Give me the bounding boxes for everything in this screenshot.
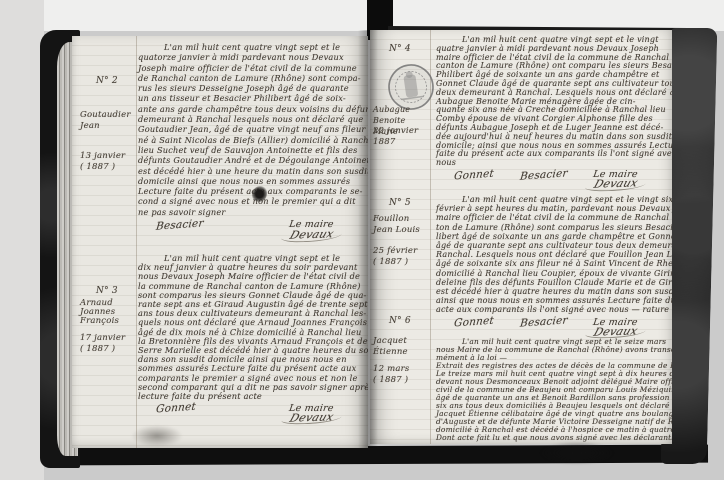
handwritten-line: domicilié à Ranchal lieu Coupier, époux …: [436, 269, 671, 278]
act-body: L'an mil huit cent quatre vingt sept et …: [138, 254, 367, 401]
deceased-name-margin: GoutaudierJean: [80, 110, 138, 132]
margin-name-line: Jacquet: [373, 336, 431, 347]
death-act-transcription: L'an mil huit cent quatre vingt sept et …: [436, 338, 671, 442]
handwritten-line: acte aux comparants ils l'ont signé avec…: [436, 305, 671, 314]
signature-row: GonnetBesacier Le maire Devaux: [436, 168, 671, 191]
margin-date-line: 12 mars: [373, 364, 431, 375]
handwritten-line: février à sept heures du matin, pardevan…: [436, 204, 671, 213]
handwritten-line: quatorze janvier à midi pardevant nous D…: [138, 52, 367, 62]
signature: Besacier: [519, 316, 568, 329]
margin-name-line: François: [80, 317, 138, 326]
signature: Gonnet: [454, 316, 495, 328]
margin-name-line: Fouillon: [373, 214, 431, 225]
death-act: L'an mil huit cent quatre vingt sept et …: [138, 42, 367, 243]
mayor-signature: Devaux: [280, 229, 343, 243]
scan-background-left: [0, 0, 44, 480]
margin-date-line: 13 janvier: [80, 151, 138, 162]
declarant-signatures: GonnetBesacier: [454, 171, 568, 180]
death-act: L'an mil huit cent quatre vingt sept et …: [436, 36, 671, 191]
handwritten-line: lieu Suchet veuf de Sauvajon Antoinette …: [138, 145, 367, 155]
handwritten-line: maire officier de l'état civil de la com…: [436, 213, 671, 222]
smudge-stain: [530, 438, 624, 468]
handwritten-line: est décédé hier à quatre heures du matin…: [436, 287, 671, 296]
mayor-signature: Devaux: [280, 412, 343, 425]
act-number: N° 5: [373, 198, 431, 208]
act-number-margin: N° 4: [373, 44, 431, 54]
act-body: L'an mil huit cent quatre vingt sept et …: [436, 195, 671, 315]
act-date-margin: 17 janvier( 1887 ): [80, 333, 138, 355]
margin-date-line: 25 février: [373, 246, 431, 257]
margin-date-line: 22 janvier: [373, 126, 431, 137]
scan-background-top: [0, 0, 724, 31]
margin-date-line: ( 1887 ): [373, 375, 431, 386]
mayor-signature: Devaux: [584, 179, 647, 192]
handwritten-line: L'an mil huit cent quatre vingt sept et …: [138, 42, 367, 52]
margin-date-line: 17 janvier: [80, 333, 138, 344]
death-act: L'an mil huit cent quatre vingt sept et …: [138, 254, 367, 425]
act-body: L'an mil huit cent quatre vingt sept et …: [436, 338, 671, 442]
register-left-page: N° 2 GoutaudierJean 13 janvier( 1887 ) N…: [72, 36, 368, 448]
signature: Gonnet: [454, 170, 495, 182]
declarant-signatures: Besacier: [156, 220, 204, 230]
act-number: N° 2: [80, 76, 138, 86]
act-number-margin: N° 5: [373, 198, 431, 208]
mayor-signature-block: Le maire Devaux: [586, 318, 645, 338]
act-date-margin: 12 mars( 1887 ): [373, 364, 431, 386]
act-body: L'an mil huit cent quatre vingt sept et …: [436, 36, 671, 168]
handwritten-line: demeurant à Ranchal lesquels nous ont dé…: [138, 114, 367, 124]
handwritten-line: Joseph maire officier de l'état civil de…: [138, 63, 367, 73]
handwritten-line: domicile ainsi que nous nous en sommes a…: [138, 176, 367, 186]
handwritten-line: né à Saint Nicolas de Biefs (Allier) dom…: [138, 135, 367, 145]
margin-name-line: Étienne: [373, 347, 431, 358]
handwritten-line: un ans tisseur et Besacier Philibert âgé…: [138, 93, 367, 103]
margin-name-line: Jean: [80, 121, 138, 132]
book-gutter-shadow: [358, 30, 378, 448]
signature: Besacier: [519, 169, 567, 181]
handwritten-line: lecture faite du présent acte: [138, 392, 367, 401]
deceased-name-margin: JacquetÉtienne: [373, 336, 431, 358]
handwritten-line: de Ranchal canton de Lamure (Rhône) sont…: [138, 73, 367, 83]
mayor-signature-block: Le maire Devaux: [282, 220, 341, 243]
handwritten-line: défunts Goutaudier André et de Dégoulang…: [138, 155, 367, 165]
signature-row: GonnetBesacier Le maire Devaux: [436, 315, 671, 338]
margin-date-line: ( 1887 ): [80, 344, 138, 355]
margin-date-line: 1887: [373, 137, 431, 148]
handwritten-line: deleine fils des défunts Fouillon Claude…: [436, 278, 671, 287]
margin-name-line: Goutaudier: [80, 110, 138, 121]
handwritten-line: âgé de soixante six ans fileur né à Sain…: [436, 259, 671, 268]
handwritten-line: ainsi que nous nous en sommes assurés Le…: [436, 296, 671, 305]
handwritten-line: libert âgé de soixante un ans garde cham…: [436, 232, 671, 241]
handwritten-line: L'an mil huit cent quatre vingt sept et …: [436, 195, 671, 204]
handwritten-line: ne pas savoir signer: [138, 207, 367, 217]
declarant-signatures: GonnetBesacier: [454, 318, 568, 327]
act-number-margin: N° 3: [80, 286, 138, 296]
act-number-margin: N° 6: [373, 316, 431, 326]
death-act: L'an mil huit cent quatre vingt sept et …: [436, 195, 671, 338]
smudge-stain: [124, 422, 190, 450]
mayor-signature-block: Le maire Devaux: [282, 404, 341, 424]
act-date-margin: 22 janvier1887: [373, 126, 431, 148]
act-date-margin: 13 janvier( 1887 ): [80, 151, 138, 173]
act-number: N° 6: [373, 316, 431, 326]
act-date-margin: 25 février( 1887 ): [373, 246, 431, 268]
signature: Gonnet: [156, 403, 197, 415]
act-number-margin: N° 2: [80, 76, 138, 86]
mayor-signature-block: Le maire Devaux: [586, 171, 645, 191]
margin-name-line: Aubague: [373, 104, 431, 115]
handwritten-line: Ranchal. Lesquels nous ont déclaré que F…: [436, 250, 671, 259]
handwritten-line: âgé de quarante sept ans cultivateur tou…: [436, 241, 671, 250]
margin-name-line: Jean Louis: [373, 225, 431, 236]
margin-date-line: ( 1887 ): [373, 257, 431, 268]
handwritten-line: nous: [436, 159, 671, 168]
margin-date-line: ( 1887 ): [80, 162, 138, 173]
deceased-name-margin: FouillonJean Louis: [373, 214, 431, 236]
deceased-name-margin: ArnaudJoannesFrançois: [80, 299, 138, 326]
signature: Besacier: [156, 218, 205, 232]
signature-row: Besacier Le maire Devaux: [138, 217, 367, 243]
handwritten-line: ton de Lamure (Rhône) sont comparus les …: [436, 223, 671, 232]
margin-rule: [136, 36, 137, 448]
declarant-signatures: Gonnet: [156, 404, 196, 413]
scanned-register-spread: N° 2 GoutaudierJean 13 janvier( 1887 ) N…: [0, 0, 724, 480]
handwritten-line: rus les sieurs Desseigne Joseph âgé de q…: [138, 83, 367, 93]
register-right-page: N° 4 AubagueBenoite Marie 22 janvier1887…: [370, 30, 672, 444]
handwritten-line: est décédé hier à une heure du matin dan…: [138, 166, 367, 176]
handwritten-line: Goutaudier Jean, âgé de quatre vingt neu…: [138, 124, 367, 134]
handwritten-line: faite du présent acte aux comparants ils…: [436, 150, 671, 159]
act-number: N° 3: [80, 286, 138, 296]
handwritten-line: ante ans garde champêtre tous deux voisi…: [138, 104, 367, 114]
act-number: N° 4: [373, 44, 431, 54]
